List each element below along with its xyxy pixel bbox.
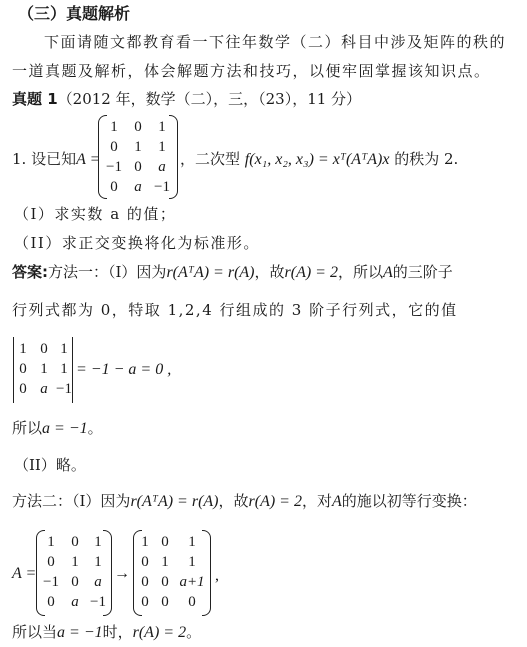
answer-method1-line2: 行列式都为 0，特取 1,2,4 行组成的 3 阶子行列式，它的值	[12, 300, 458, 320]
matrix-cell: 0	[64, 532, 86, 552]
matrix-cell: 0	[13, 359, 33, 379]
rank-a: r(A) = 2	[285, 264, 338, 281]
m2-rank-eq: r(AᵀA) = r(A)	[130, 493, 218, 510]
stem-prefix: 1. 设已知	[12, 150, 76, 168]
matrix-cell: 1	[155, 552, 175, 572]
matrix-cell: 1	[64, 552, 86, 572]
m1-text-c: ，所以	[338, 263, 383, 281]
intro-line-2: 一道真题及解析，体会解题方法和技巧，以便牢固掌握该知识点。	[12, 61, 491, 81]
problem-part-2: （II）求正交变换将化为标准形。	[14, 233, 260, 253]
left-bar	[13, 337, 14, 403]
answer-part-2: （II）略。	[14, 455, 86, 475]
right-paren	[169, 115, 178, 199]
matrix-cell: a	[64, 592, 86, 612]
section-title: （三）真题解析	[18, 4, 130, 24]
matrix-cell: 0	[155, 532, 175, 552]
determinant-result: = −1 − a = 0 ,	[76, 360, 171, 380]
m2-text-b: ，故	[219, 492, 249, 510]
m1-text-a: 方法一：（I）因为	[48, 263, 166, 281]
conclusion-1: 所以a = −1。	[12, 418, 103, 439]
final-conclusion: 所以当a = −1时，r(A) = 2。	[12, 622, 201, 643]
right-paren	[103, 530, 112, 616]
matrix-cell: 0	[155, 592, 175, 612]
stem-suffix: 的秩为 2.	[394, 150, 458, 168]
matrix-cell: 0	[33, 339, 55, 359]
final-prefix: 所以当	[12, 623, 57, 641]
problem-label: 真题 1	[12, 90, 58, 108]
m2-text-e: 的施以初等行变换：	[342, 492, 477, 510]
matrix-cell: a	[33, 379, 55, 399]
matrix-cell: 0	[127, 117, 149, 137]
rank-equation: r(AᵀA) = r(A)	[166, 264, 254, 281]
left-paren	[36, 530, 45, 616]
problem-header: 真题 1（2012 年，数学（二），三，（23），11 分）	[12, 89, 361, 109]
m1-text-b: ，故	[255, 263, 285, 281]
c1-suffix: 。	[88, 419, 103, 437]
matrix-cell: 1	[13, 339, 33, 359]
final-suffix: 。	[186, 623, 201, 641]
right-bar	[72, 337, 73, 403]
matrix-cell: 1	[55, 359, 73, 379]
answer-method2-line: 方法二：（I）因为r(AᵀA) = r(A)，故r(A) = 2，对A的施以初等…	[12, 491, 477, 512]
stem-mid: ，二次型	[180, 150, 240, 168]
transform-comma: ,	[215, 566, 219, 586]
matrix-cell: 1	[33, 359, 55, 379]
m2-var-a: A	[332, 493, 342, 510]
stem-var: A =	[76, 151, 100, 168]
quadratic-form: f(x₁, x₂, x₃) = xᵀ(AᵀA)x	[245, 151, 390, 168]
transform-lhs: A =	[12, 564, 36, 584]
answer-method1-line1: 答案:方法一：（I）因为r(AᵀA) = r(A)，故r(A) = 2，所以A的…	[12, 262, 453, 283]
matrix-cell: 0	[64, 572, 86, 592]
right-paren	[202, 530, 211, 616]
matrix-a: 101011−10a0a−1	[98, 115, 178, 199]
intro-line-1: 下面请随文都教育看一下往年数学（二）科目中涉及矩阵的秩的	[44, 32, 506, 52]
c1-eq: a = −1	[42, 420, 88, 437]
final-rank: r(A) = 2	[133, 624, 186, 641]
answer-label: 答案:	[12, 263, 48, 281]
m2-text-c: ，对	[302, 492, 332, 510]
m1-var-a: A	[383, 264, 393, 281]
m2-rank-a: r(A) = 2	[249, 493, 302, 510]
determinant: 1010110a−1	[13, 337, 73, 403]
problem-source: （2012 年，数学（二），三，（23），11 分）	[58, 90, 361, 108]
left-paren	[133, 530, 142, 616]
matrix-cell: 0	[13, 379, 33, 399]
final-eq: a = −1	[57, 624, 103, 641]
m2-text-a: 方法二：（I）因为	[12, 492, 130, 510]
matrix-cell: 0	[155, 572, 175, 592]
matrix-before: 101011−10a0a−1	[36, 530, 112, 616]
matrix-cell: 1	[55, 339, 73, 359]
matrix-after: 10101100a+1000	[133, 530, 211, 616]
matrix-cell: −1	[55, 379, 73, 399]
problem-stem-rest: ，二次型 f(x₁, x₂, x₃) = xᵀ(AᵀA)x 的秩为 2.	[180, 149, 458, 170]
arrow-icon: →	[114, 564, 130, 584]
left-paren	[98, 115, 107, 199]
matrix-cell: a	[127, 177, 149, 197]
problem-part-1: （I）求实数 a 的值；	[14, 204, 176, 224]
matrix-cell: 0	[127, 157, 149, 177]
problem-stem-prefix: 1. 设已知A =	[12, 149, 100, 170]
c1-prefix: 所以	[12, 419, 42, 437]
m1-text-e: 的三阶子	[393, 263, 453, 281]
final-mid: 时，	[103, 623, 133, 641]
matrix-cell: 1	[127, 137, 149, 157]
